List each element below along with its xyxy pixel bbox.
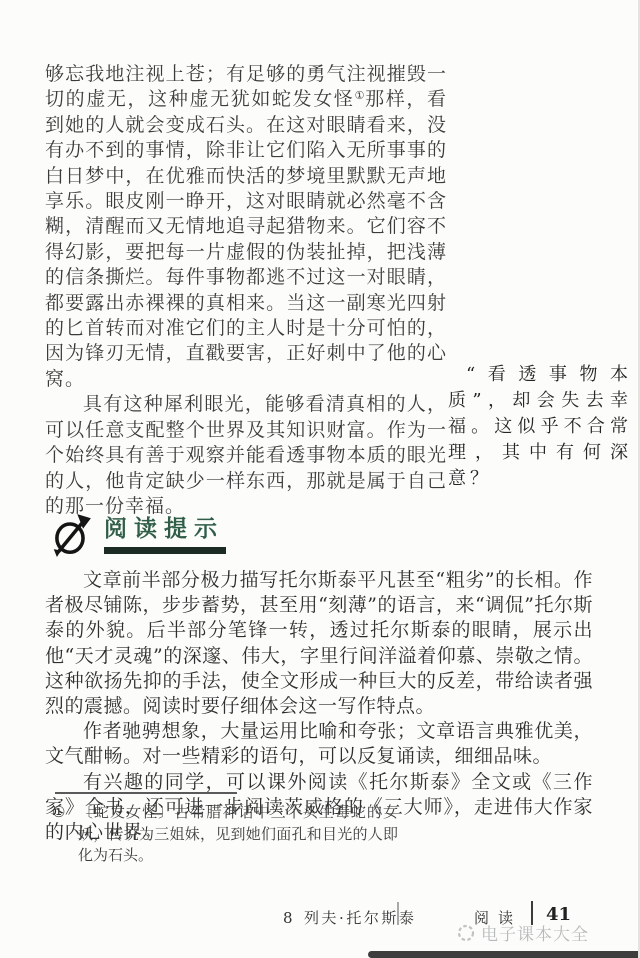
section-title-underline — [104, 547, 226, 554]
pen-circle-arrow-icon — [50, 512, 92, 558]
margin-note: “看透事物本质”，却会失去幸福。这似乎不合常理，其中有何深意？ — [448, 362, 632, 492]
footnote-divider — [55, 792, 237, 794]
reading-hint-paragraph: 作者驰骋想象，大量运用比喻和夸张；文章语言典雅优美，文气酣畅。对一些精彩的语句，… — [45, 719, 593, 769]
footer-lesson-number: 8 — [283, 909, 295, 927]
dashed-circle-logo-icon — [456, 923, 476, 943]
footer-lesson-title: 列夫·托尔斯泰 — [304, 907, 416, 928]
reading-hint-header: 阅读提示 — [50, 512, 226, 558]
footnote: ①〔蛇发女怪〕古希腊神话中三个头生毒蛇的女妖，传说为三姐妹，见到她们面孔和目光的… — [50, 802, 398, 867]
section-title: 阅读提示 — [104, 516, 226, 542]
footnote-marker: ① — [52, 802, 65, 824]
footnote-reference: ① — [355, 89, 366, 102]
section-title-wrap: 阅读提示 — [104, 512, 226, 554]
footnote-term: 〔蛇发女怪〕 — [78, 803, 174, 821]
body-paragraph-2: 具有这种犀利眼光，能够看清真相的人，可以任意支配整个世界及其知识财富。作为一个始… — [45, 392, 447, 519]
article-column: 够忘我地注视上苍；有足够的勇气注视摧毁一切的虚无，这种虚无犹如蛇发女怪①那样，看… — [45, 62, 447, 519]
watermark: 电子课本大全 — [456, 920, 589, 945]
reading-hint-paragraph: 文章前半部分极力描写托尔斯泰平凡甚至“粗劣”的长相。作者极尽铺陈，步步蓄势，甚至… — [45, 568, 593, 719]
body-paragraph-1: 够忘我地注视上苍；有足够的勇气注视摧毁一切的虚无，这种虚无犹如蛇发女怪①那样，看… — [45, 62, 447, 392]
bottom-bar — [368, 951, 640, 958]
paragraph-text: 那样，看到她的人就会变成石头。在这对眼睛看来，没有办不到的事情，除非让它们陷入无… — [45, 88, 447, 389]
watermark-text: 电子课本大全 — [481, 920, 589, 945]
textbook-page: 够忘我地注视上苍；有足够的勇气注视摧毁一切的虚无，这种虚无犹如蛇发女怪①那样，看… — [0, 0, 640, 958]
footer-divider — [397, 902, 399, 925]
